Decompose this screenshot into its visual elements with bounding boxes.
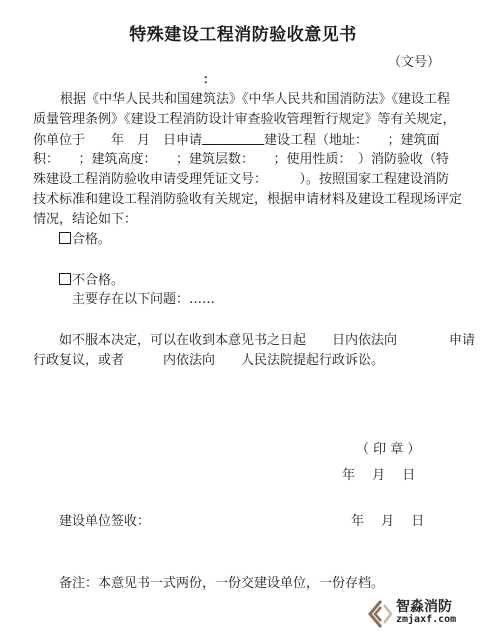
project-name-blank[interactable] (202, 130, 264, 145)
pass-checkbox[interactable] (59, 232, 71, 244)
body-line-2: 质量管理条例》《建设工程消防设计审查验收管理暂行规定》等有关规定， (33, 110, 456, 130)
appeal-line-1: 如不服本决定，可以在收到本意见书之日起 日内依法向 申请 (59, 331, 475, 351)
issues-label: 主要存在以下问题：…… (72, 290, 215, 310)
appeal-line-2: 行政复议，或者 内依法向 人民法院提起行政诉讼。 (33, 351, 384, 371)
watermark-url: zmjaxf.com (396, 614, 456, 625)
diamond-logo-icon (368, 599, 394, 629)
application-date-text: 你单位于 年 月 日申请 (33, 133, 202, 148)
footnote: 备注：本意见书一式两份，一份交建设单位，一份存档。 (59, 574, 384, 594)
document-title: 特殊建设工程消防验收意见书 (0, 20, 486, 45)
option-fail: 不合格。 (59, 271, 124, 291)
body-line-7: 情况，结论如下： (33, 210, 137, 230)
document-number: （文号） (388, 51, 440, 70)
seal-date: 年 月 日 (342, 466, 415, 486)
body-line-4: 积： ；建筑高度： ；建筑层数： ；使用性质： ）消防验收（特 (33, 150, 449, 170)
seal-label: （ 印 章 ） (356, 440, 420, 460)
body-line-3: 你单位于 年 月 日申请建设工程（地址： ；建筑面 (33, 130, 440, 151)
fail-label: 不合格。 (72, 273, 124, 288)
watermark-logo: 智淼消防 zmjaxf.com (368, 596, 486, 632)
watermark-name: 智淼消防 (396, 596, 452, 616)
signoff-label: 建设单位签收： (59, 512, 150, 532)
option-pass: 合格。 (59, 230, 111, 250)
body-line-1: 根据《中华人民共和国建筑法》《中华人民共和国消防法》《建设工程 (60, 90, 450, 110)
project-address-text: 建设工程（地址： ；建筑面 (264, 133, 440, 148)
signoff-date: 年 月 日 (351, 512, 424, 532)
fail-checkbox[interactable] (59, 273, 71, 285)
body-line-5: 殊建设工程消防验收申请受理凭证文号： ）。按照国家工程建设消防 (33, 170, 449, 190)
body-line-6: 技术标准和建设工程消防验收有关规定，根据申请材料及建设工程现场评定 (33, 190, 462, 210)
pass-label: 合格。 (72, 232, 111, 247)
addressee-field: ： (203, 70, 215, 87)
